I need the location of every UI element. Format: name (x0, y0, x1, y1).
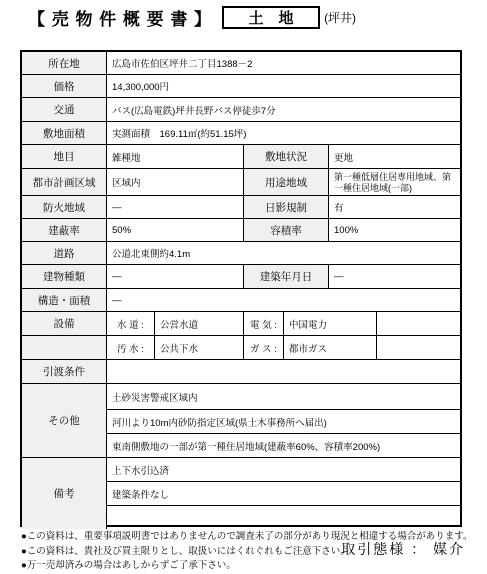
other-label: その他 (22, 384, 107, 457)
row-coverage-ratio: 建蔽率 50% 容積率 100% (22, 219, 460, 242)
coverage-ratio-value: 50% (107, 219, 244, 241)
remarks-line-3 (107, 506, 460, 529)
site-condition-value: 更地 (329, 145, 460, 168)
use-district-value: 第一種低層住居専用地域、第一種住居地域(一部) (329, 169, 460, 195)
remarks-line-1: 上下水引込済 (107, 458, 460, 482)
facilities-empty-cell-1 (377, 312, 460, 335)
remarks-lines: 上下水引込済 建築条件なし (107, 458, 460, 529)
city-planning-label: 都市計画区域 (22, 169, 107, 195)
remarks-line-2: 建築条件なし (107, 482, 460, 506)
structure-area-label: 構造・面積 (22, 289, 107, 311)
floor-ratio-value: 100% (329, 219, 460, 241)
document-title: 【 売 物 件 概 要 書 】 (28, 5, 212, 30)
land-category-label: 地目 (22, 145, 107, 168)
electricity-label: 電 気 : (244, 312, 284, 335)
property-type-suffix: (坪井) (324, 9, 356, 26)
row-other: その他 土砂災害警戒区域内 河川より10m内砂防指定区域(県土木事務所へ届出) … (22, 384, 460, 458)
property-summary-document: 【 売 物 件 概 要 書 】 土 地 (坪井) 所在地 広島市佐伯区坪井二丁目… (0, 0, 487, 574)
row-building-type: 建物種類 ― 建築年月日 ― (22, 265, 460, 289)
facilities-rows: 水 道 : 公営水道 電 気 : 中国電力 汚 水 : 公共下水 ガ ス : 都… (107, 312, 460, 359)
other-line-2: 河川より10m内砂防指定区域(県土木事務所へ届出) (107, 410, 460, 434)
row-remarks: 備考 上下水引込済 建築条件なし (22, 458, 460, 529)
road-label: 道路 (22, 242, 107, 264)
other-lines: 土砂災害警戒区域内 河川より10m内砂防指定区域(県土木事務所へ届出) 東南側敷… (107, 384, 460, 457)
fire-zone-value: ― (107, 196, 244, 218)
row-transport: 交通 バス(広島電鉄)坪井長野バス停徒歩7分 (22, 98, 460, 122)
price-label: 価格 (22, 75, 107, 97)
row-location: 所在地 広島市佐伯区坪井二丁目1388－2 (22, 52, 460, 75)
price-value: 14,300,000円 (107, 75, 460, 97)
note-line-3: ●万一売却済みの場合はあしからずご了承下さい。 (21, 559, 472, 574)
transport-label: 交通 (22, 98, 107, 121)
water-value: 公営水道 (155, 312, 244, 335)
row-land-area: 敷地面積 実測面積 169.11㎡(約51.15坪) (22, 122, 460, 145)
facilities-row-1: 水 道 : 公営水道 電 気 : 中国電力 (107, 312, 460, 336)
land-category-value: 雑種地 (107, 145, 244, 168)
land-area-label: 敷地面積 (22, 122, 107, 144)
row-price: 価格 14,300,000円 (22, 75, 460, 98)
facilities-label: 設備 (22, 312, 106, 336)
sewage-value: 公共下水 (155, 336, 244, 359)
transaction-type-label: 取引態様 ： 媒介 (341, 539, 465, 559)
land-area-value: 実測面積 169.11㎡(約51.15坪) (107, 122, 460, 144)
row-land-category: 地目 雑種地 敷地状況 更地 (22, 145, 460, 169)
building-type-value: ― (107, 265, 244, 288)
row-fire-zone: 防火地域 ― 日影規制 有 (22, 196, 460, 219)
water-label: 水 道 : (107, 312, 155, 335)
handover-terms-label: 引渡条件 (22, 360, 107, 383)
facilities-empty-cell-2 (377, 336, 460, 359)
facilities-label-column: 設備 (22, 312, 107, 359)
city-planning-value: 区域内 (107, 169, 244, 195)
electricity-value: 中国電力 (284, 312, 377, 335)
facilities-label-empty (22, 336, 106, 359)
structure-area-value: ― (107, 289, 460, 311)
location-value: 広島市佐伯区坪井二丁目1388－2 (107, 52, 460, 74)
road-value: 公道北東側約4.1m (107, 242, 460, 264)
transport-value: バス(広島電鉄)坪井長野バス停徒歩7分 (107, 98, 460, 121)
coverage-ratio-label: 建蔽率 (22, 219, 107, 241)
handover-terms-value (107, 360, 460, 383)
gas-value: 都市ガス (284, 336, 377, 359)
other-line-1: 土砂災害警戒区域内 (107, 384, 460, 410)
remarks-label: 備考 (22, 458, 107, 529)
property-summary-table: 所在地 広島市佐伯区坪井二丁目1388－2 価格 14,300,000円 交通 … (20, 50, 462, 527)
document-header: 【 売 物 件 概 要 書 】 土 地 (坪井) (28, 5, 356, 30)
shade-regulation-label: 日影規制 (244, 196, 329, 218)
row-handover-terms: 引渡条件 (22, 360, 460, 384)
shade-regulation-value: 有 (329, 196, 460, 218)
gas-label: ガ ス : (244, 336, 284, 359)
facilities-row-2: 汚 水 : 公共下水 ガ ス : 都市ガス (107, 336, 460, 359)
row-facilities: 設備 水 道 : 公営水道 電 気 : 中国電力 汚 水 : 公共下水 ガ ス … (22, 312, 460, 360)
site-condition-label: 敷地状況 (244, 145, 329, 168)
row-structure-area: 構造・面積 ― (22, 289, 460, 312)
fire-zone-label: 防火地域 (22, 196, 107, 218)
built-date-label: 建築年月日 (244, 265, 329, 288)
location-label: 所在地 (22, 52, 107, 74)
floor-ratio-label: 容積率 (244, 219, 329, 241)
use-district-label: 用途地域 (244, 169, 329, 195)
other-line-3: 東南側敷地の一部が第一種住居地域(建蔽率60%、容積率200%) (107, 434, 460, 458)
built-date-value: ― (329, 265, 460, 288)
sewage-label: 汚 水 : (107, 336, 155, 359)
row-road: 道路 公道北東側約4.1m (22, 242, 460, 265)
property-type-box: 土 地 (222, 6, 320, 29)
row-city-planning: 都市計画区域 区域内 用途地域 第一種低層住居専用地域、第一種住居地域(一部) (22, 169, 460, 196)
building-type-label: 建物種類 (22, 265, 107, 288)
